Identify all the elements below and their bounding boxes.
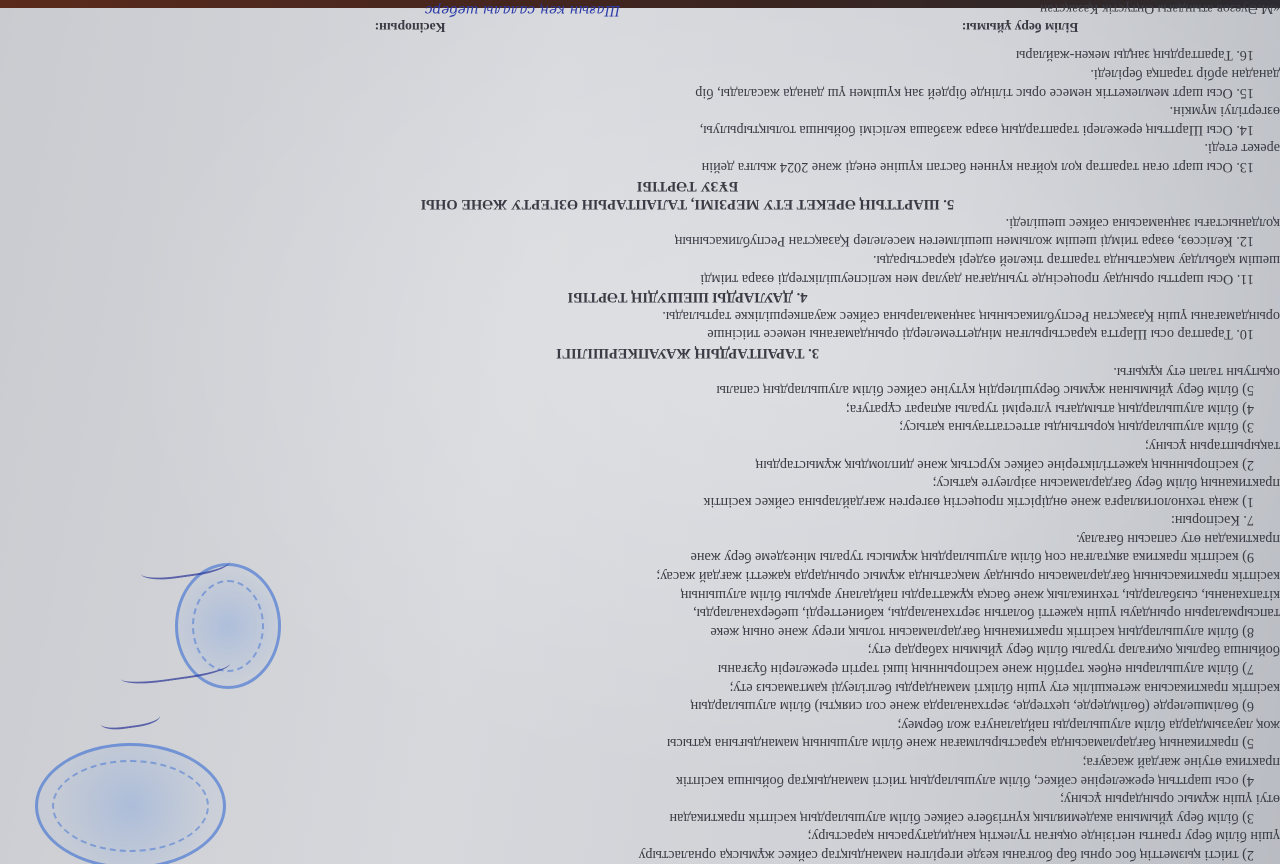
text-line: 9) кәсіптік практика аяқталған соң білім… [95,548,1280,567]
text-line: қолданыстағы заңнамасына сәйкес шешіледі… [95,213,1280,232]
text-line: 4) осы шарттың ережелеріне сәйкес, білім… [95,771,1280,790]
text-line: шешім қабылдау мақсатында тараптар тікел… [95,250,1280,269]
text-line: 1) жаңа технологияларға және өндірістік … [95,492,1280,511]
text-line: жоқ лауазымдарда білім алушыларды пайдал… [95,715,1280,734]
text-line: 7) білім алушыларын еңбек тәртібін және … [95,659,1280,678]
document-photo: 2) тиісті қызметтің бос орны бар болғаны… [0,8,1280,864]
section5-heading: 5. ШАРТТЫҢ ӘРЕКЕТ ЕТУ МЕРЗІМІ, ТАЛАПТАРЫ… [95,195,1280,214]
text-line: 2) тиісті қызметтің бос орны бар болғаны… [95,845,1280,864]
section3-body: 10. Тараптар осы Шартта қарастырылған мі… [95,306,1280,343]
text-line: 6) бөлімшелерде (бөлімдерде, цехтерде, з… [95,697,1280,716]
text-line: кәсіптік практикасына жетекшілік ету үші… [95,678,1280,697]
text-line: практика өтуіне жағдай жасауға; [95,752,1280,771]
text-line: тақырыптарын ұсыну; [95,436,1280,455]
text-line: өзгертілуі мүмкін. [95,102,1280,121]
text-line: 2) кәсіпорынның қажеттіліктеріне сәйкес … [95,455,1280,474]
section4-heading: 4. ДАУЛАРДЫ ШЕШУДІҢ ТӘРТІБІ [95,288,1280,307]
text-line: 5) білім беру ұйымынан жұмыс берушілерді… [95,381,1280,400]
text-line: практиканың білім беру бағдарламасын әзі… [95,474,1280,493]
text-line: оқытуын талап ету құқығы. [95,362,1280,381]
section5-heading-2: БҰЗУ ТӘРТІБІ [95,176,1280,195]
enterprise-block: Кәсіпорын: Шағын кең салалы шеберс (Кәсі… [200,0,620,36]
text-line: 3) білім беру ұйымына академиялық күнтіз… [95,808,1280,827]
enterprise-name-handwritten: Шағын кең салалы шеберс [200,0,620,18]
section4-body: 11. Осы шартты орындау процесінде туында… [95,213,1280,287]
text-line: 16. Тараптардың заңды мекен-жайлары [95,46,1280,65]
text-line: 15. Осы шарт мемлекеттік немесе орыс тіл… [95,83,1280,102]
contract-page: 2) тиісті қызметтің бос орны бар болғаны… [95,0,1280,864]
text-line: университеті» коммерциялық емес [760,0,1280,1]
text-line: практикадан өту сапасын бағалау. [95,529,1280,548]
text-line: әрекет етеді. [95,139,1280,158]
text-line: үшін білім беру гранты негізінде оқыған … [95,827,1280,846]
text-line: өтуі үшін жұмыс орындарын ұсыну; [95,790,1280,809]
education-org-details: «М.Әуезов атындағы Оңтүстік Қазақстануни… [760,0,1280,18]
document-upside-down: 2) тиісті қызметтің бос орны бар болғаны… [95,8,1280,864]
text-line: 4) білім алушылардың атымдағы үлгерімі т… [95,399,1280,418]
text-line: 14. Осы Шарттың ережелері тараптардың өз… [95,120,1280,139]
text-line: 11. Осы шартты орындау процесінде туында… [95,269,1280,288]
section5-body: 13. Осы шарт оған тараптар қол қойған кү… [95,46,1280,176]
education-org-title: Білім беру ұйымы: [760,18,1280,36]
section3-heading: 3. ТАРАПТАРДЫҢ ЖАУАПКЕРШІЛІГІ [95,343,1280,362]
text-line: данадан әрбір тарапқа беріледі. [95,64,1280,83]
text-line: «М.Әуезов атындағы Оңтүстік Қазақстан [760,1,1280,19]
text-line: 7. Кәсіпорын: [95,511,1280,530]
education-org-block: Білім беру ұйымы: «М.Әуезов атындағы Оңт… [760,0,1280,36]
enterprise-title: Кәсіпорын: [200,18,620,36]
text-line: 5) практиканың бағдарламасында қарастыры… [95,734,1280,753]
party-signatures: Білім беру ұйымы: «М.Әуезов атындағы Оңт… [95,0,1280,36]
text-line: 3) білім алушылардың қорытынды аттестатт… [95,418,1280,437]
enterprise-round-seal [35,743,226,864]
text-line: кәсіптік практикасының бағдарламасын оры… [95,567,1280,586]
text-line: 13. Осы шарт оған тараптар қол қойған кү… [95,157,1280,176]
text-line: 10. Тараптар осы Шартта қарастырылған мі… [95,325,1280,344]
text-line: 12. Келіссөз, өзара тиімді шешім жолымен… [95,232,1280,251]
text-line: орындамағаны үшін Қазақстан Республикасы… [95,306,1280,325]
